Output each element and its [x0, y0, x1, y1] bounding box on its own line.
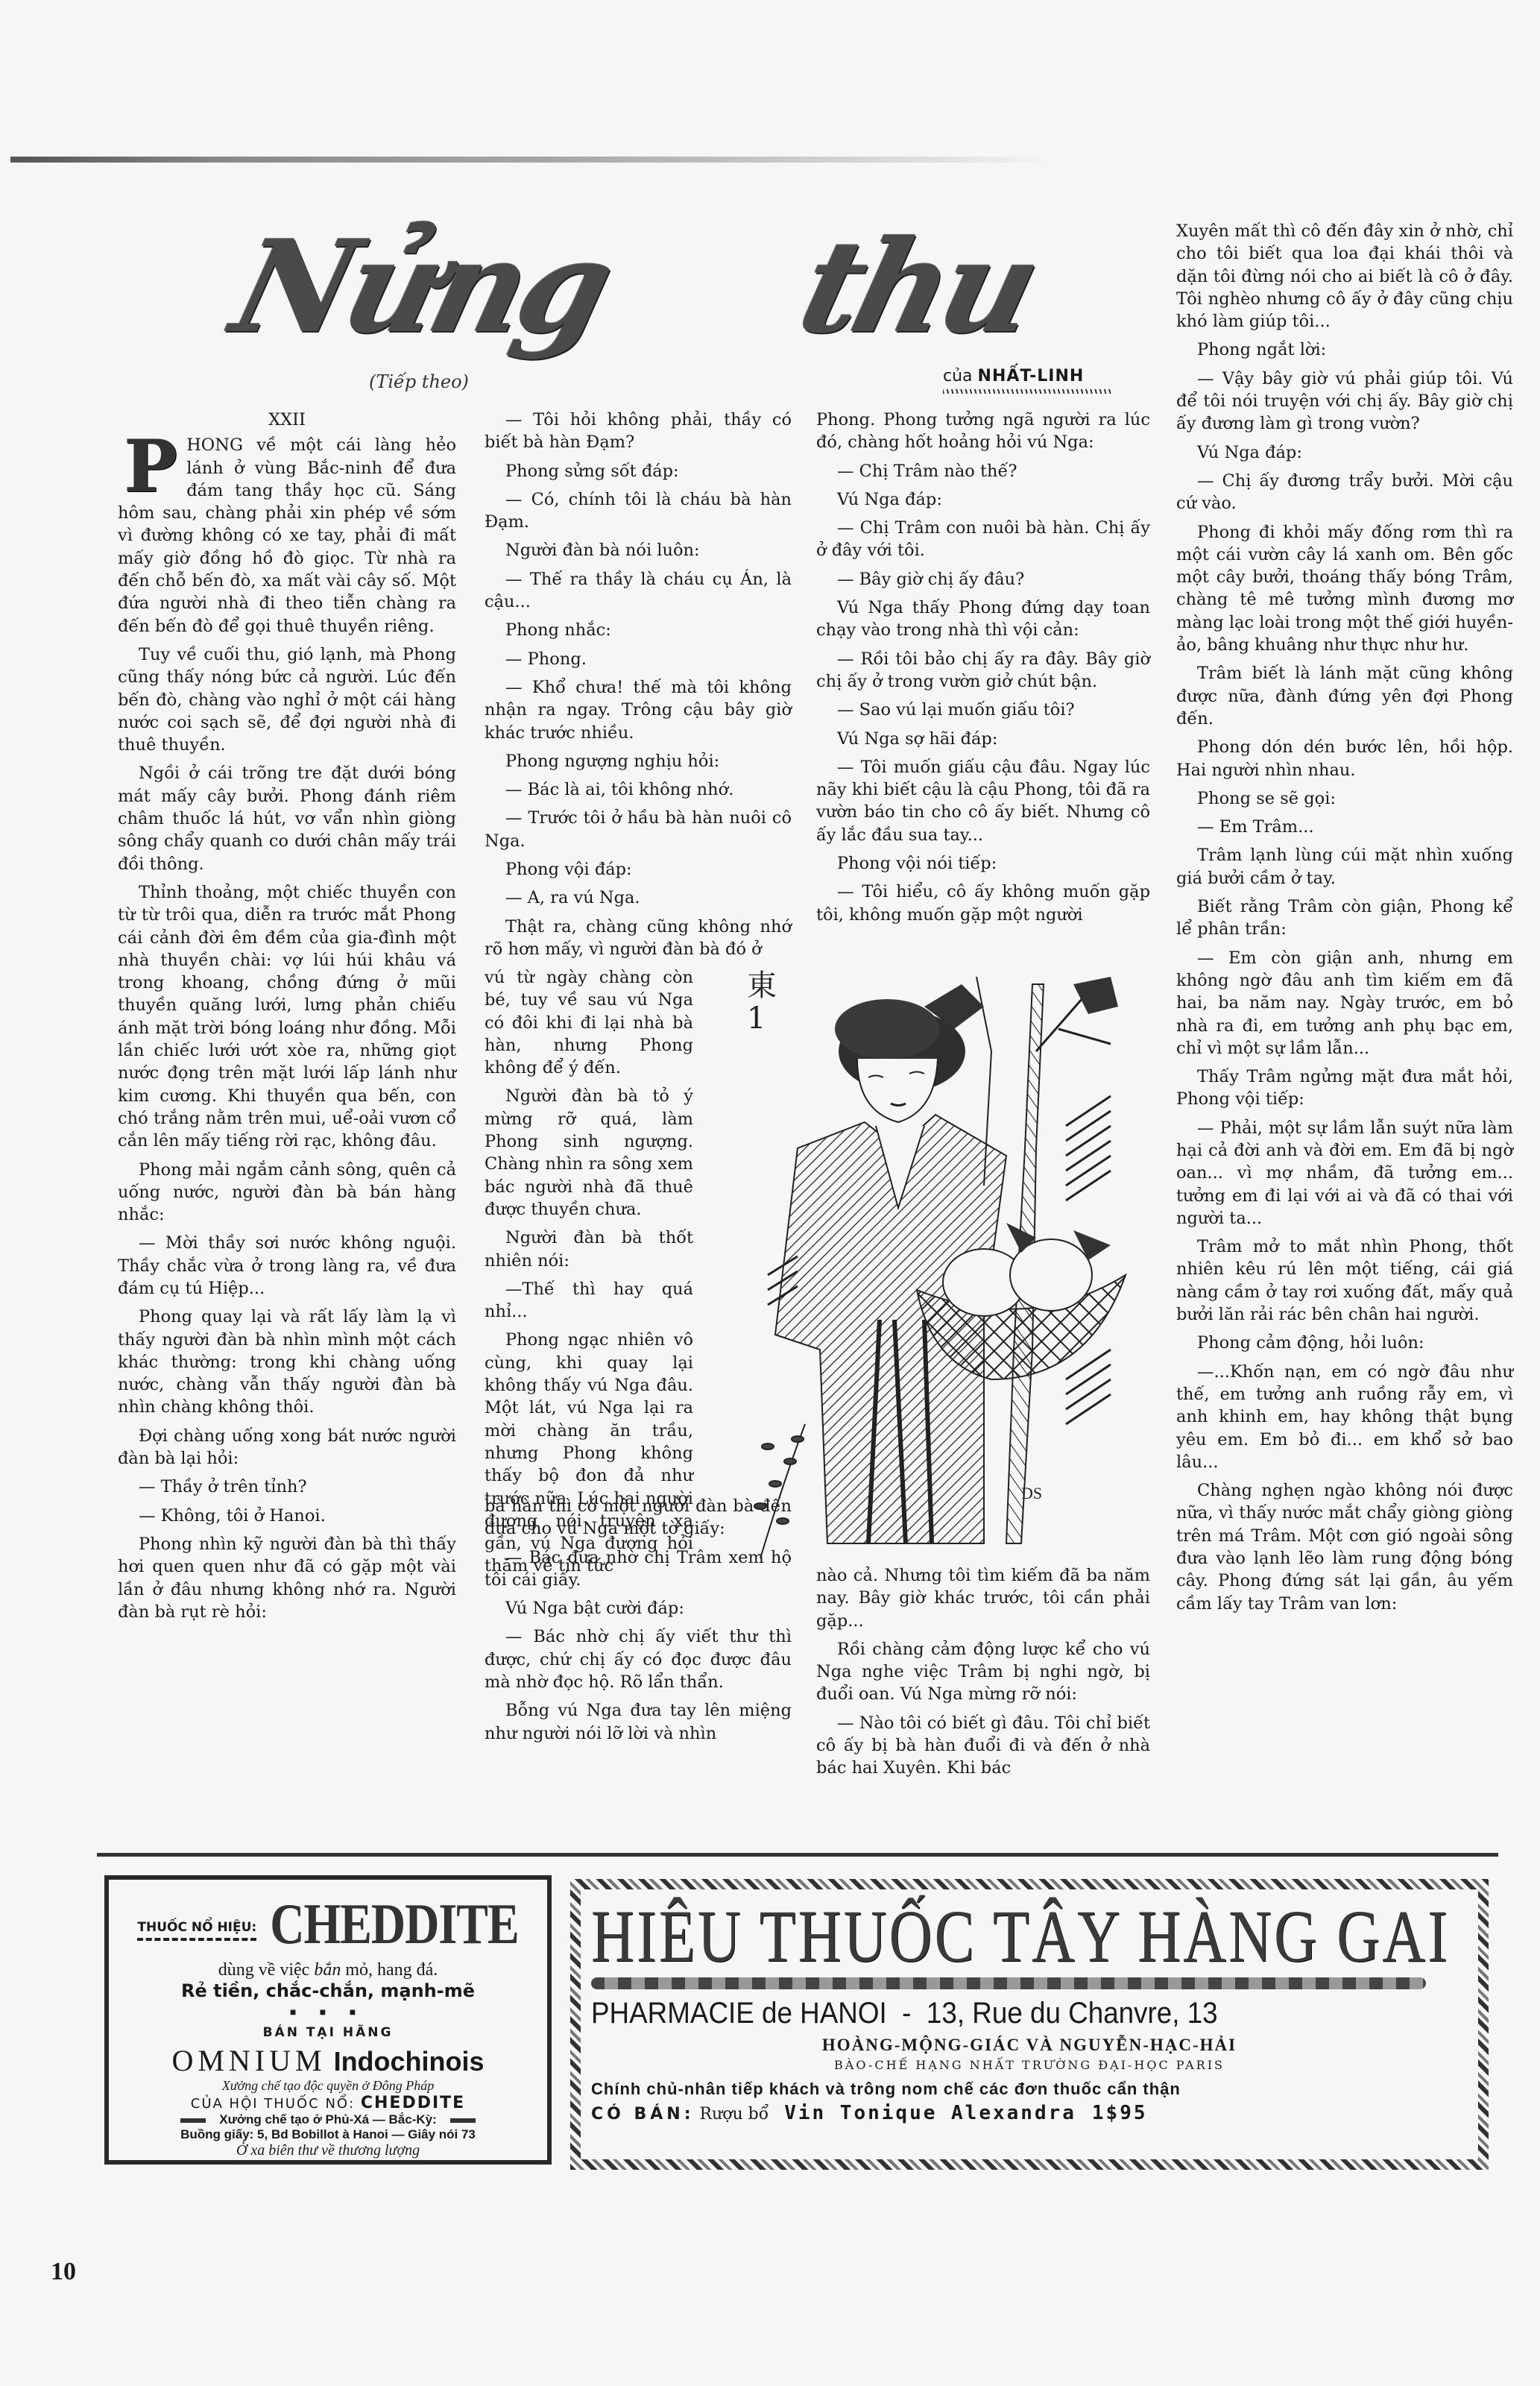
paragraph: Biết rằng Trâm còn giận, Phong kể lể phâ… — [1176, 895, 1513, 941]
paragraph: Bỗng vú Nga đưa tay lên miệng như người … — [485, 1699, 792, 1745]
author-underline — [943, 389, 1113, 394]
paragraph: Chàng nghẹn ngào không nói được nữa, vì … — [1176, 1479, 1513, 1615]
paragraph: Người đàn bà nói luôn: — [485, 539, 792, 561]
paragraph: — Tôi hiểu, cô ấy không muốn gặp tôi, kh… — [816, 881, 1150, 926]
title-word-1: Nửng — [223, 224, 619, 350]
paragraph: vú từ ngày chàng còn bé, tuy về sau vú N… — [485, 966, 693, 1079]
cheddite-usage: dùng về việc bắn mỏ, hang đá. — [109, 1960, 547, 1980]
paragraph: Phong mải ngắm cảnh sông, quên cả uống n… — [118, 1159, 456, 1227]
column-3-bottom: nào cả. Nhưng tôi tìm kiếm đã ba năm nay… — [816, 1564, 1150, 1786]
pharmacy-address: PHARMACIE de HANOI - 13, Rue du Chanvre,… — [591, 1995, 1398, 2031]
paragraph: — Tôi muốn giấu cậu đâu. Ngay lúc nãy kh… — [816, 756, 1150, 846]
paragraph: Thật ra, chàng cũng không nhớ rõ hơn mấy… — [485, 916, 792, 961]
paragraph: — Chị Trâm con nuôi bà hàn. Chị ấy ở đây… — [816, 517, 1150, 562]
paragraph: nào cả. Nhưng tôi tìm kiếm đã ba năm nay… — [816, 1564, 1150, 1632]
paragraph: Phong ngượng nghịu hỏi: — [485, 750, 792, 772]
cheddite-slogan: Rẻ tiền, chắc-chắn, mạnh-mẽ — [109, 1980, 547, 2001]
woman-illustration: DS — [738, 962, 1155, 1558]
paragraph: Vú Nga sợ hãi đáp: — [816, 728, 1150, 750]
paragraph: Phong ngắt lời: — [1176, 339, 1513, 361]
article-title: Nửng thu — [224, 224, 1103, 373]
top-rule — [10, 157, 1054, 163]
decorative-bar — [180, 2118, 206, 2123]
paragraph: Người đàn bà tỏ ý mừng rỡ quá, làm Phong… — [485, 1085, 693, 1221]
service-note: Chính chủ-nhân tiếp khách và trông nom c… — [591, 2080, 1468, 2099]
paragraph: — Thầy ở trên tỉnh? — [118, 1476, 456, 1498]
paragraph: Phong sửng sốt đáp: — [485, 460, 792, 482]
paragraph: Phong cảm động, hỏi luôn: — [1176, 1332, 1513, 1354]
paragraph: Tuy về cuối thu, gió lạnh, mà Phong cũng… — [118, 643, 456, 756]
paragraph: — Chị ấy đương trẩy bưởi. Mời cậu cứ vào… — [1176, 470, 1513, 515]
paragraph: — Em Trâm... — [1176, 816, 1513, 838]
paragraph: Thấy Trâm ngửng mặt đưa mắt hỏi, Phong v… — [1176, 1065, 1513, 1111]
paragraph: Thỉnh thoảng, một chiếc thuyền con từ từ… — [118, 881, 456, 1153]
ornament-squares: ■ ■ ■ — [109, 2007, 547, 2019]
column-3: Phong. Phong tưởng ngã người ra lúc đó, … — [816, 409, 1150, 932]
paragraph: Phong dón dén bước lên, hồi hộp. Hai ngư… — [1176, 736, 1513, 781]
paragraph: — Không, tôi ở Hanoi. — [118, 1505, 456, 1527]
paragraph: — Thế ra thầy là cháu cụ Án, là cậu... — [485, 568, 792, 614]
paragraph: Trâm biết là lánh mặt cũng không được nữ… — [1176, 662, 1513, 730]
paragraph: — Nào tôi có biết gì đâu. Tôi chỉ biết c… — [816, 1712, 1150, 1780]
paragraph: — Bác nhờ chị ấy viết thư thì được, chứ … — [485, 1625, 792, 1693]
pharmacist-names: HOÀNG-MỘNG-GIÁC VÀ NGUYỄN-HẠC-HẢI — [591, 2036, 1468, 2055]
cheddite-brand: CHEDDITE — [270, 1898, 518, 1951]
column-2-narrow: vú từ ngày chàng còn bé, tuy về sau vú N… — [485, 966, 693, 1584]
column-2: — Tôi hỏi không phải, thầy có biết bà hà… — [485, 409, 792, 966]
sold-at: BÁN TẠI HÃNG — [109, 2025, 547, 2040]
author-name: NHẤT-LINH — [978, 367, 1085, 385]
paragraph: Trâm lạnh lùng cúi mặt nhìn xuống giá bư… — [1176, 844, 1513, 890]
author-byline: của NHẤT-LINH — [943, 367, 1084, 385]
ads-divider — [97, 1853, 1498, 1857]
paragraph: Vú Nga đáp: — [816, 488, 1150, 511]
paragraph: — Phong. — [485, 648, 792, 670]
paragraph: Vú Nga bật cười đáp: — [485, 1597, 792, 1619]
paragraph: Phong nhìn kỹ người đàn bà thì thấy hơi … — [118, 1533, 456, 1623]
paragraph: Phong vội nói tiếp: — [816, 852, 1150, 875]
paragraph: Phong vội đáp: — [485, 858, 792, 881]
paragraph: PHONG về một cái làng hẻo lánh ở vùng Bắ… — [118, 434, 456, 638]
paragraph: Phong nhắc: — [485, 619, 792, 641]
paragraph: Phong se sẽ gọi: — [1176, 787, 1513, 810]
paragraph: Rồi chàng cảm động lược kể cho vú Nga ng… — [816, 1638, 1150, 1706]
paragraph: Vú Nga đáp: — [1176, 441, 1513, 464]
subtitle: (Tiếp theo) — [369, 371, 469, 392]
paragraph: — Tôi hỏi không phải, thầy có biết bà hà… — [485, 409, 792, 454]
page-number: 10 — [51, 2258, 76, 2286]
paragraph: Ngồi ở cái trõng tre đặt dưới bóng mát m… — [118, 762, 456, 875]
product-name: Vin Tonique Alexandra — [784, 2102, 1076, 2124]
cheddite-advertisement: THUỐC NỔ HIỆU: CHEDDITE dùng về việc bắn… — [104, 1875, 552, 2165]
paragraph: Người đàn bà thốt nhiên nói: — [485, 1227, 693, 1272]
paragraph: Vú Nga thấy Phong đứng dạy toan chạy vào… — [816, 596, 1150, 642]
exclusive-factory: Xưởng chế tạo độc quyền ở Đông Pháp — [109, 2078, 547, 2094]
paragraph: — Phải, một sự lầm lẫn suýt nữa làm hại … — [1176, 1117, 1513, 1230]
paragraph: — A, ra vú Nga. — [485, 887, 792, 909]
paragraph: — Khổ chưa! thế mà tôi không nhận ra nga… — [485, 676, 792, 744]
omnium-company: OMNIUM Indochinois — [109, 2043, 547, 2078]
paragraph: — Sao vú lại muốn giấu tôi? — [816, 699, 1150, 721]
paragraph: — Rồi tôi bảo chị ấy ra đây. Bây giờ chị… — [816, 648, 1150, 693]
paragraph: — Bây giờ chị ấy đâu? — [816, 568, 1150, 591]
factory-location: Xưởng chế tạo ở Phủ-Xá — Bắc-Kỳ: — [109, 2112, 547, 2127]
society-line: CỦA HỘI THUỐC NỔ: CHEDDITE — [109, 2094, 547, 2112]
office-address: Buồng giấy: 5, Bd Bobillot à Hanoi — Giâ… — [109, 2127, 547, 2142]
correspondence-note: Ở xa biên thư về thương lượng — [109, 2142, 547, 2159]
paragraph: — Trước tôi ở hầu bà hàn nuôi cô Nga. — [485, 807, 792, 852]
paragraph: Phong đi khỏi mấy đống rơm thì ra một cá… — [1176, 521, 1513, 657]
pharmacy-headline: HIÊU THUỐC TÂY HÀNG GAI — [591, 1895, 1293, 1977]
paragraph: Phong quay lại và rất lấy làm lạ vì thấy… — [118, 1306, 456, 1418]
wave-divider — [591, 1977, 1426, 1989]
author-prefix: của — [943, 367, 973, 385]
paragraph: Trâm mở to mắt nhìn Phong, thốt nhiên kê… — [1176, 1236, 1513, 1326]
paragraph: — Bác là ai, tôi không nhớ. — [485, 778, 792, 801]
decorative-bar — [450, 2118, 476, 2123]
svg-text:DS: DS — [1021, 1484, 1042, 1502]
paragraph: Đợi chàng uống xong bát nước người đàn b… — [118, 1425, 456, 1470]
title-word-2: thu — [789, 224, 1046, 350]
pharmacist-credentials: BÀO-CHẾ HẠNG NHẤT TRƯỜNG ĐẠI-HỌC PARIS — [591, 2058, 1468, 2072]
pharmacy-advertisement: HIÊU THUỐC TÂY HÀNG GAI PHARMACIE de HAN… — [570, 1879, 1489, 2170]
column-1: XXII PHONG về một cái làng hẻo lánh ở vù… — [118, 409, 456, 1629]
paragraph: — Có, chính tôi là cháu bà hàn Đạm. — [485, 488, 792, 534]
paragraph: — Vậy bây giờ vú phải giúp tôi. Vú để tô… — [1176, 368, 1513, 435]
paragraph: — Em còn giận anh, nhưng em không ngờ đâ… — [1176, 947, 1513, 1060]
column-4: Xuyên mất thì cô đến đây xin ở nhờ, chỉ … — [1176, 220, 1513, 1621]
paragraph: — Chị Trâm nào thế? — [816, 460, 1150, 482]
product-line: CÓ BÁN: Rượu bổ Vin Tonique Alexandra 1$… — [591, 2102, 1468, 2124]
cheddite-label: THUỐC NỔ HIỆU: — [137, 1920, 256, 1941]
product-price: 1$95 — [1092, 2102, 1148, 2124]
paragraph: Phong. Phong tưởng ngã người ra lúc đó, … — [816, 409, 1150, 454]
paragraph: —...Khốn nạn, em có ngờ đâu như thế, em … — [1176, 1361, 1513, 1473]
paragraph: —Thế thì hay quá nhỉ... — [485, 1278, 693, 1323]
drop-cap: P — [124, 437, 177, 497]
paragraph: Xuyên mất thì cô đến đây xin ở nhờ, chỉ … — [1176, 220, 1513, 333]
paragraph: — Mời thầy sơi nước không nguội. Thầy ch… — [118, 1232, 456, 1300]
